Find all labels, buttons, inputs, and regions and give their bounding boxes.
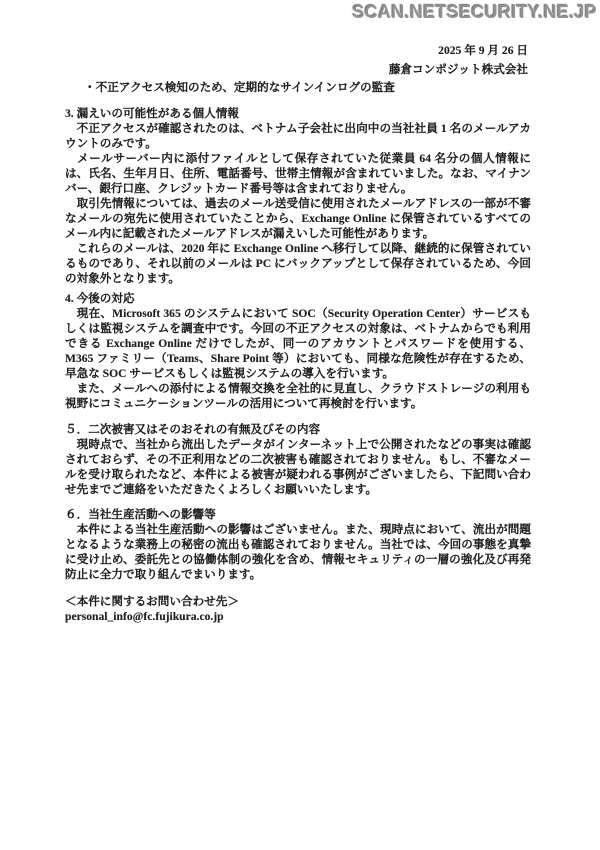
company-name: 藤倉コンポジット株式会社	[65, 62, 531, 77]
section-6-heading: ６．当社生産活動への影響等	[65, 507, 531, 522]
paragraph: メールサーバー内に添付ファイルとして保存されていた従業員 64 名分の個人情報に…	[65, 151, 531, 196]
section-4-heading: 4. 今後の対応	[65, 291, 531, 306]
watermark: SCAN.NETSECURITY.NE.JP	[352, 2, 597, 23]
contact-block: ＜本件に関するお問い合わせ先＞ personal_info@fc.fujikur…	[65, 594, 531, 624]
paragraph: 本件による当社生産活動への影響はございません。また、現時点において、流出が問題と…	[65, 522, 531, 582]
section-6: ６．当社生産活動への影響等 本件による当社生産活動への影響はございません。また、…	[65, 507, 531, 582]
paragraph: 取引先情報については、過去のメール送受信に使用されたメールアドレスの一部が不審な…	[65, 196, 531, 241]
section-3: 3. 漏えいの可能性がある個人情報 不正アクセスが確認されたのは、ベトナム子会社…	[65, 106, 531, 286]
paragraph: また、メールへの添付による情報交換を全社的に見直し、クラウドストレージの利用も視…	[65, 381, 531, 411]
paragraph: 不正アクセスが確認されたのは、ベトナム子会社に出向中の当社社員 1 名のメールア…	[65, 121, 531, 151]
paragraph: 現時点で、当社から流出したデータがインターネット上で公開されたなどの事実は確認さ…	[65, 437, 531, 497]
section-5-heading: ５．二次被害又はそのおそれの有無及びその内容	[65, 422, 531, 437]
contact-email: personal_info@fc.fujikura.co.jp	[65, 609, 531, 624]
date: 2025 年 9 月 26 日	[65, 43, 531, 58]
contact-heading: ＜本件に関するお問い合わせ先＞	[65, 594, 531, 609]
document-page: SCAN.NETSECURITY.NE.JP 2025 年 9 月 26 日 藤…	[0, 0, 600, 850]
paragraph: これらのメールは、2020 年に Exchange Online へ移行して以降…	[65, 241, 531, 286]
audit-bullet-item: ・不正アクセス検知のため、定期的なサインインログの監査	[65, 80, 531, 95]
section-5: ５．二次被害又はそのおそれの有無及びその内容 現時点で、当社から流出したデータが…	[65, 422, 531, 497]
document-body: 2025 年 9 月 26 日 藤倉コンポジット株式会社 ・不正アクセス検知のた…	[65, 43, 531, 624]
section-4: 4. 今後の対応 現在、Microsoft 365 のシステムにおいて SOC（…	[65, 291, 531, 411]
paragraph: 現在、Microsoft 365 のシステムにおいて SOC（Security …	[65, 306, 531, 381]
section-3-heading: 3. 漏えいの可能性がある個人情報	[65, 106, 531, 121]
